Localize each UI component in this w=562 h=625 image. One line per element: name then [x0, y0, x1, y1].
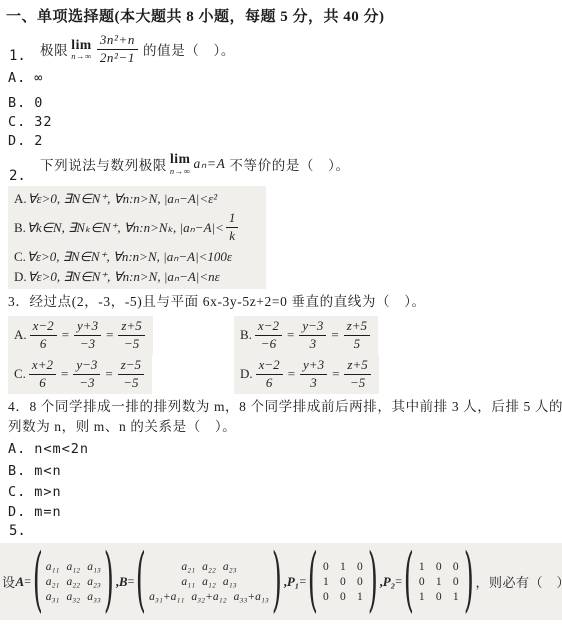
q5-matrix-a: a₁₁a₁₂a₁₃a₂₁a₂₂a₂₃a₃₁a₃₂a₃₃ — [46, 561, 101, 603]
q4-stem-line2: 列数为 n，则 m、n 的关系是（ ）。 — [8, 415, 236, 435]
frac-denominator: 6 — [266, 375, 273, 391]
matrix-cell: 0 — [321, 561, 331, 573]
matrix-row: 100 — [321, 576, 365, 588]
q3-option-d: D. x−26 = y+33 = z+5−5 — [234, 355, 379, 394]
frac-denominator: −3 — [80, 336, 95, 352]
q5-tail-text: ，则必有（ ）。 — [476, 572, 562, 591]
q1-option-b-text: 0 — [34, 95, 43, 111]
matrix-cell: 0 — [338, 576, 348, 588]
equals-sign: = — [62, 327, 69, 343]
q3-option-d-frac3: z+5−5 — [344, 358, 370, 391]
matrix-row: a₂₁a₂₂a₂₃ — [149, 561, 269, 573]
q2-option-b-text: ∀k∈N, ∃Nₖ∈N⁺, ∀n:n>Nₖ, |aₙ−A|< — [27, 220, 224, 236]
q1-stem: 极限 lim n→∞ 3n²+n 2n²−1 的值是（ ）。 — [40, 33, 235, 66]
equals-sign: = — [24, 574, 31, 589]
frac-numerator: z−5 — [118, 358, 144, 375]
q2-stem-post: 不等价的是（ ）。 — [229, 154, 349, 174]
frac-numerator: x−2 — [30, 319, 57, 336]
q2-option-d: D.∀ε>0, ∃N∈N⁺, ∀n:n>N, |aₙ−A|<nε — [14, 269, 260, 285]
matrix-cell: 0 — [321, 591, 331, 603]
close-paren: ) — [463, 546, 475, 617]
frac-denominator: 6 — [40, 336, 47, 352]
matrix-cell: 1 — [338, 561, 348, 573]
matrix-row: 101 — [417, 591, 461, 603]
q2-option-a: A.∀ε>0, ∃N∈N⁺, ∀n:n>N, |aₙ−A|<ε² — [14, 191, 260, 207]
q5-matrix-p2: 100010101 — [417, 561, 461, 603]
q5-matrix-p2-name: P₂ — [383, 574, 395, 590]
q1-limit: lim n→∞ — [71, 38, 92, 61]
q1-fraction-denominator: 2n²−1 — [100, 50, 135, 66]
matrix-cell: 0 — [434, 561, 444, 573]
q5-matrix-p2-group: P₂=(100010101) — [383, 561, 476, 603]
q2-lim-word: lim — [170, 152, 191, 166]
q2-option-d-label: D. — [14, 269, 27, 285]
q3-option-c: C. x+26 = y−3−3 = z−5−5 — [8, 355, 152, 394]
frac-denominator: −3 — [79, 375, 94, 391]
matrix-cell: 1 — [434, 576, 444, 588]
q2-stem-pre: 下列说法与数列极限 — [40, 154, 167, 174]
q4-option-b: B.m<n — [8, 463, 62, 479]
q2-option-b-fraction-denominator: k — [229, 228, 235, 244]
matrix-row: 100 — [417, 561, 461, 573]
q1-fraction: 3n²+n 2n²−1 — [97, 33, 138, 66]
matrix-row: 010 — [321, 561, 365, 573]
matrix-cell: a₃₁+a₁₁ — [149, 591, 184, 603]
frac-numerator: z+5 — [344, 358, 370, 375]
q5-matrix-line: 设 A=(a₁₁a₁₂a₁₃a₂₁a₂₂a₂₃a₃₁a₃₂a₃₃) , B=(a… — [0, 543, 562, 620]
q5-matrix-p1-name: P₁ — [287, 574, 299, 590]
q1-option-d-text: 2 — [34, 133, 43, 149]
matrix-row: a₃₁+a₁₁a₃₂+a₁₂a₃₃+a₁₃ — [149, 591, 269, 603]
q5-number: 5. — [9, 523, 26, 539]
q1-option-d: D.2 — [8, 133, 43, 149]
q2-option-c-text: ∀ε>0, ∃N∈N⁺, ∀n:n>N, |aₙ−A|<100ε — [27, 249, 232, 265]
frac-denominator: −5 — [124, 336, 139, 352]
frac-denominator: 3 — [310, 375, 317, 391]
q3-option-b-frac1: x−2−6 — [255, 319, 282, 352]
frac-numerator: y+3 — [300, 358, 327, 375]
frac-denominator: 5 — [354, 336, 361, 352]
q5-matrix-a-name: A — [16, 574, 25, 590]
q3-option-c-frac1: x+26 — [29, 358, 56, 391]
q3-stem: 3．经过点(2，-3，-5)且与平面 6x-3y-5z+2=0 垂直的直线为（ … — [8, 290, 426, 310]
equals-sign: = — [332, 366, 339, 382]
q4-option-b-label: B. — [8, 463, 26, 479]
close-paren: ) — [367, 546, 379, 617]
q3-option-b: B. x−2−6 = y−33 = z+55 — [234, 316, 378, 355]
equals-sign: = — [106, 327, 113, 343]
equals-sign: = — [61, 366, 68, 382]
q4-option-d: D.m=n — [8, 504, 62, 520]
matrix-cell: a₃₂+a₁₂ — [191, 591, 226, 603]
matrix-row: 001 — [321, 591, 365, 603]
matrix-cell: 1 — [417, 561, 427, 573]
matrix-cell: a₃₂ — [66, 591, 80, 603]
q3-option-c-frac3: z−5−5 — [118, 358, 144, 391]
matrix-cell: a₂₁ — [46, 576, 60, 588]
q3-option-a-frac2: y+3−3 — [74, 319, 101, 352]
open-paren: ( — [135, 546, 147, 617]
frac-numerator: x−2 — [255, 319, 282, 336]
q4-stem-line1: 4．8 个同学排成一排的排列数为 m，8 个同学排成前后两排，其中前排 3 人，… — [8, 395, 562, 415]
matrix-cell: 1 — [355, 591, 365, 603]
q1-option-c-text: 32 — [34, 114, 52, 130]
equals-sign: = — [128, 574, 135, 589]
q1-option-c: C.32 — [8, 114, 53, 130]
q1-option-d-label: D. — [8, 133, 26, 149]
matrix-cell: a₂₃ — [223, 561, 237, 573]
matrix-cell: 0 — [451, 561, 461, 573]
q2-option-c-label: C. — [14, 249, 26, 265]
q1-option-b: B.0 — [8, 95, 43, 111]
open-paren: ( — [307, 546, 319, 617]
open-paren: ( — [32, 546, 44, 617]
q2-number: 2. — [9, 168, 26, 184]
q3-option-a-label: A. — [14, 327, 27, 343]
frac-denominator: −5 — [123, 375, 138, 391]
q4-option-c-label: C. — [8, 484, 26, 500]
q2-lim-subscript: n→∞ — [170, 167, 191, 176]
frac-numerator: z+5 — [118, 319, 144, 336]
q2-option-b-label: B. — [14, 220, 26, 236]
q3-option-b-frac3: z+55 — [344, 319, 370, 352]
q5-matrix-b-name: B — [119, 574, 128, 590]
q2-stem: 下列说法与数列极限 lim n→∞ aₙ=A 不等价的是（ ）。 — [40, 152, 350, 175]
matrix-cell: a₃₃+a₁₃ — [234, 591, 269, 603]
equals-sign: = — [288, 366, 295, 382]
matrix-cell: a₁₁ — [181, 576, 195, 588]
exam-page: 一、单项选择题(本大题共 8 小题，每题 5 分，共 40 分) 1. 极限 l… — [0, 0, 562, 625]
q5-matrix-b-group: B=(a₂₁a₂₂a₂₃a₁₁a₁₂a₁₃a₃₁+a₁₁a₃₂+a₁₂a₃₃+a… — [119, 561, 284, 603]
q2-option-d-text: ∀ε>0, ∃N∈N⁺, ∀n:n>N, |aₙ−A|<nε — [28, 269, 220, 285]
matrix-cell: a₃₁ — [46, 591, 60, 603]
q5-matrix-a-group: A=(a₁₁a₁₂a₁₃a₂₁a₂₂a₂₃a₃₁a₃₂a₃₃) — [16, 561, 116, 603]
matrix-row: a₃₁a₃₂a₃₃ — [46, 591, 101, 603]
q1-option-b-label: B. — [8, 95, 26, 111]
q4-option-d-text: m=n — [34, 504, 61, 520]
q4-option-c-text: m>n — [34, 484, 61, 500]
frac-denominator: 3 — [310, 336, 317, 352]
frac-numerator: y−3 — [73, 358, 100, 375]
q1-lim-subscript: n→∞ — [71, 52, 92, 61]
matrix-cell: a₁₃ — [87, 561, 101, 573]
matrix-cell: a₂₃ — [87, 576, 101, 588]
matrix-cell: 0 — [355, 561, 365, 573]
q3-option-a: A. x−26 = y+3−3 = z+5−5 — [8, 316, 153, 355]
q2-option-c: C.∀ε>0, ∃N∈N⁺, ∀n:n>N, |aₙ−A|<100ε — [14, 249, 260, 265]
matrix-cell: 1 — [417, 591, 427, 603]
q3-option-c-frac2: y−3−3 — [73, 358, 100, 391]
frac-numerator: y−3 — [299, 319, 326, 336]
q4-option-a-label: A. — [8, 441, 26, 457]
matrix-cell: 0 — [417, 576, 427, 588]
q2-option-a-text: ∀ε>0, ∃N∈N⁺, ∀n:n>N, |aₙ−A|<ε² — [28, 191, 218, 207]
frac-numerator: x−2 — [256, 358, 283, 375]
q3-option-d-frac1: x−26 — [256, 358, 283, 391]
q5-matrix-p1: 010100001 — [321, 561, 365, 603]
q5-matrix-b: a₂₁a₂₂a₂₃a₁₁a₁₂a₁₃a₃₁+a₁₁a₃₂+a₁₂a₃₃+a₁₃ — [149, 561, 269, 603]
equals-sign: = — [287, 327, 294, 343]
q4-option-d-label: D. — [8, 504, 26, 520]
frac-numerator: y+3 — [74, 319, 101, 336]
equals-sign: = — [331, 327, 338, 343]
equals-sign: = — [299, 574, 306, 589]
matrix-cell: a₁₁ — [46, 561, 60, 573]
matrix-row: 010 — [417, 576, 461, 588]
section-header: 一、单项选择题(本大题共 8 小题，每题 5 分，共 40 分) — [6, 5, 385, 26]
frac-denominator: 6 — [39, 375, 46, 391]
q1-option-c-label: C. — [8, 114, 26, 130]
matrix-cell: 0 — [451, 576, 461, 588]
q1-option-a-text: ∞ — [34, 70, 43, 86]
matrix-cell: a₂₁ — [181, 561, 195, 573]
matrix-cell: a₁₃ — [223, 576, 237, 588]
q2-option-a-label: A. — [14, 191, 27, 207]
matrix-cell: 0 — [434, 591, 444, 603]
frac-numerator: x+2 — [29, 358, 56, 375]
frac-numerator: z+5 — [344, 319, 370, 336]
equals-sign: = — [105, 366, 112, 382]
close-paren: ) — [271, 546, 283, 617]
q4-option-b-text: m<n — [34, 463, 61, 479]
q3-option-a-frac1: x−26 — [30, 319, 57, 352]
matrix-cell: 1 — [321, 576, 331, 588]
q3-option-b-frac2: y−33 — [299, 319, 326, 352]
q1-lim-word: lim — [71, 38, 92, 52]
matrix-row: a₂₁a₂₂a₂₃ — [46, 576, 101, 588]
matrix-cell: 0 — [355, 576, 365, 588]
matrix-row: a₁₁a₁₂a₁₃ — [46, 561, 101, 573]
q2-option-b: B.∀k∈N, ∃Nₖ∈N⁺, ∀n:n>Nₖ, |aₙ−A|<1k — [14, 211, 260, 244]
q5-pre-text: 设 — [2, 572, 16, 591]
open-paren: ( — [403, 546, 415, 617]
q4-option-a-text: n<m<2n — [34, 441, 89, 457]
q3-option-d-label: D. — [240, 366, 253, 382]
q4-option-a: A.n<m<2n — [8, 441, 89, 457]
matrix-cell: a₁₂ — [66, 561, 80, 573]
q1-fraction-numerator: 3n²+n — [97, 33, 138, 50]
frac-denominator: −6 — [261, 336, 276, 352]
matrix-cell: a₁₂ — [202, 576, 216, 588]
matrix-cell: a₃₃ — [87, 591, 101, 603]
matrix-row: a₁₁a₁₂a₁₃ — [149, 576, 269, 588]
q5-matrix-p1-group: P₁=(010100001) — [287, 561, 380, 603]
q2-lim-expression: aₙ=A — [194, 156, 226, 172]
q2-limit: lim n→∞ — [170, 152, 191, 175]
q2-option-b-fraction: 1k — [226, 211, 239, 244]
q3-option-b-label: B. — [240, 327, 252, 343]
frac-denominator: −5 — [350, 375, 365, 391]
q4-option-c: C.m>n — [8, 484, 62, 500]
q1-option-a-label: A. — [8, 70, 26, 86]
q1-post-text: 的值是（ ）。 — [143, 39, 235, 59]
q3-option-d-frac2: y+33 — [300, 358, 327, 391]
q1-option-a: A.∞ — [8, 70, 43, 86]
q1-pre-text: 极限 — [40, 39, 68, 59]
close-paren: ) — [103, 546, 115, 617]
matrix-cell: a₂₂ — [66, 576, 80, 588]
q2-options-block: A.∀ε>0, ∃N∈N⁺, ∀n:n>N, |aₙ−A|<ε² B.∀k∈N,… — [8, 186, 266, 289]
q1-number: 1. — [9, 48, 26, 64]
equals-sign: = — [395, 574, 402, 589]
matrix-cell: 0 — [338, 591, 348, 603]
q3-option-c-label: C. — [14, 366, 26, 382]
q3-option-a-frac3: z+5−5 — [118, 319, 144, 352]
matrix-cell: 1 — [451, 591, 461, 603]
matrix-cell: a₂₂ — [202, 561, 216, 573]
q2-option-b-fraction-numerator: 1 — [226, 211, 239, 228]
